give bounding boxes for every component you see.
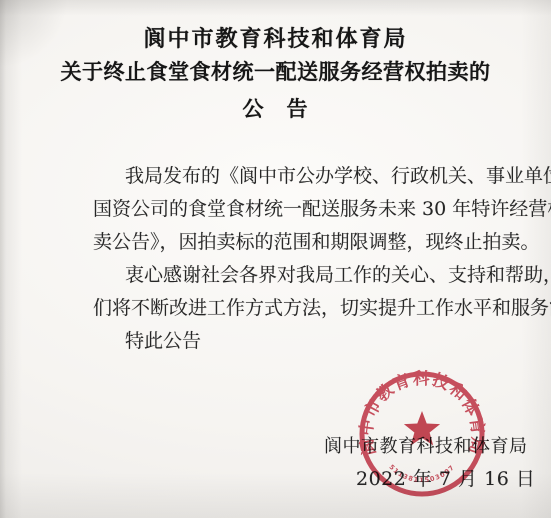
body-line: 衷心感谢社会各界对我局工作的关心、支持和帮助，我: [93, 259, 551, 292]
official-seal-stamp-icon: 阆中市教育科技和体育局 5113811503007: [356, 368, 488, 500]
body-line: 国资公司的食堂食材统一配送服务未来 30 年特许经营权拍: [93, 193, 551, 226]
document-issuer-title: 阆中市教育科技和体育局: [0, 22, 551, 53]
body-line: 们将不断改进工作方式方法，切实提升工作水平和服务能力。: [93, 292, 551, 325]
document-type-title: 公 告: [0, 93, 551, 123]
seal-star-icon: [404, 411, 440, 445]
notice-document: 阆中市教育科技和体育局 关于终止食堂食材统一配送服务经营权拍卖的 公 告 我局发…: [0, 0, 551, 518]
document-body: 我局发布的《阆中市公办学校、行政机关、事业单位、 国资公司的食堂食材统一配送服务…: [93, 160, 551, 358]
svg-text:5113811503007: 5113811503007: [387, 463, 456, 484]
seal-code-text: 5113811503007: [387, 463, 456, 484]
body-line: 我局发布的《阆中市公办学校、行政机关、事业单位、: [93, 160, 551, 193]
closing-line: 特此公告: [93, 325, 551, 358]
document-subject-title: 关于终止食堂食材统一配送服务经营权拍卖的: [0, 56, 551, 86]
body-line: 卖公告》，因拍卖标的范围和期限调整，现终止拍卖。: [93, 226, 551, 259]
